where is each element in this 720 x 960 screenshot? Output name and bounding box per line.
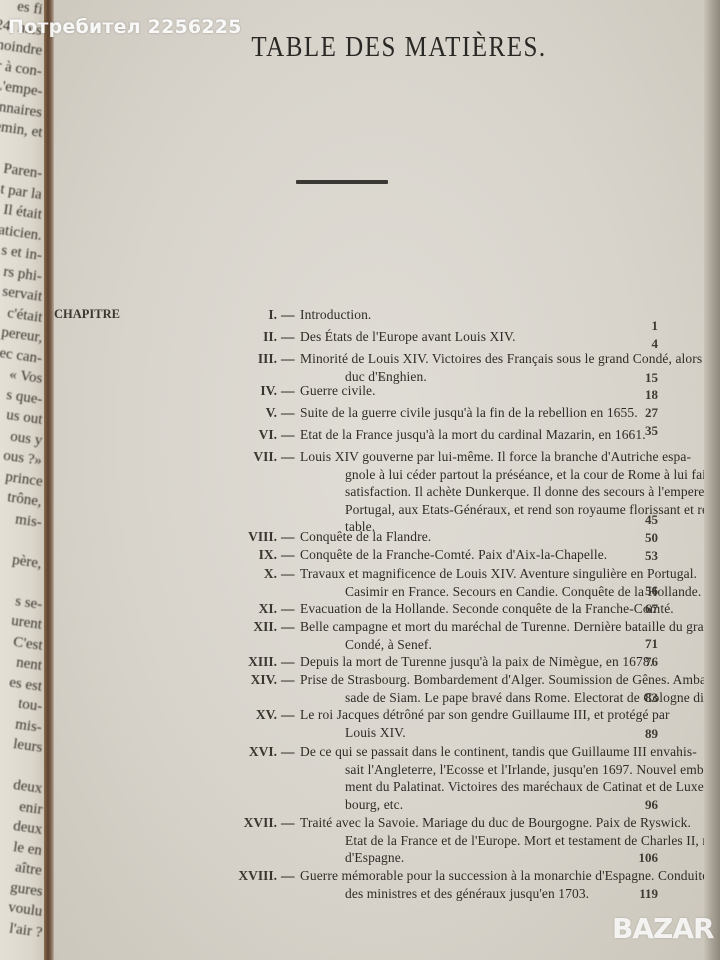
toc-entry-text: sait l'Angleterre, l'Ecosse et l'Irlande… <box>345 762 720 778</box>
toc-entry-text: Etat de la France et de l'Europe. Mort e… <box>345 833 718 849</box>
em-dash: — <box>281 351 295 367</box>
left-page-text-fragment: prince <box>4 468 43 490</box>
toc-page-number: 83 <box>618 690 658 706</box>
em-dash: — <box>281 815 295 831</box>
em-dash: — <box>281 547 295 563</box>
toc-entry-text: gnole à lui céder partout la préséance, … <box>345 467 717 483</box>
toc-page-number: 71 <box>618 636 658 652</box>
toc-page-number: 18 <box>618 387 658 403</box>
em-dash: — <box>281 529 295 545</box>
em-dash: — <box>281 619 295 635</box>
toc-entry-text: sade de Siam. Le pape bravé dans Rome. E… <box>345 690 720 706</box>
toc-entry-text: d'Espagne. <box>345 850 404 866</box>
chapter-number: XVI. <box>249 744 277 760</box>
left-page-text-fragment: s se- <box>14 593 43 614</box>
toc-entry-text: Guerre mémorable pour la succession à la… <box>300 868 708 884</box>
page-edge <box>704 0 720 960</box>
toc-page-number: 4 <box>618 336 658 352</box>
chapter-number: XVIII. <box>238 868 277 884</box>
left-page-text-fragment: mis- <box>14 511 43 532</box>
left-facing-page: es fi24, naismoindrer à con-L'empe-onnai… <box>0 0 44 960</box>
book-gutter <box>44 0 54 960</box>
left-page-text-fragment: tou- <box>17 696 43 716</box>
left-page-text-fragment: us out <box>5 407 43 429</box>
left-page-text-fragment: servait <box>1 284 43 306</box>
left-page-text-fragment: urent <box>10 613 43 634</box>
em-dash: — <box>281 449 295 465</box>
toc-entry-text: des ministres et des généraux jusqu'en 1… <box>345 886 589 902</box>
chapter-number: X. <box>264 566 277 582</box>
left-page-text-fragment: aticien. <box>0 221 43 244</box>
toc-entry-text: satisfaction. Il achète Dunkerque. Il do… <box>345 484 720 500</box>
toc-page-number: 119 <box>618 886 658 902</box>
toc-entry-text: Suite de la guerre civile jusqu'à la fin… <box>300 405 638 421</box>
left-page-text-fragment: s que- <box>5 387 43 409</box>
toc-page-number: 35 <box>618 423 658 439</box>
toc-page-number: 1 <box>618 318 658 334</box>
toc-page-number: 27 <box>618 405 658 421</box>
toc-entry-text: Le roi Jacques détrôné par son gendre Gu… <box>300 707 670 723</box>
left-page-text-fragment: es est <box>8 674 43 695</box>
chapter-number: XVII. <box>244 815 277 831</box>
left-page-text-fragment: « Vos <box>8 366 43 387</box>
left-page-text-fragment: le en <box>12 839 43 860</box>
toc-entry-text: Minorité de Louis XIV. Victoires des Fra… <box>300 351 702 367</box>
left-page-text-fragment: L'empe- <box>0 77 43 101</box>
chapter-number: IX. <box>259 547 277 563</box>
toc-page-number: 53 <box>618 548 658 564</box>
left-page-text-fragment: aître <box>14 859 43 880</box>
em-dash: — <box>281 427 295 443</box>
toc-page-number: 76 <box>618 654 658 670</box>
toc-entry-text: Des États de l'Europe avant Louis XIV. <box>300 329 516 345</box>
left-page-text-fragment: gures <box>9 879 44 900</box>
toc-entry-text: Travaux et magnificence de Louis XIV. Av… <box>300 566 697 582</box>
book-photo: es fi24, naismoindrer à con-L'empe-onnai… <box>0 0 720 960</box>
toc-entry-text: Introduction. <box>300 307 371 323</box>
em-dash: — <box>281 707 295 723</box>
toc-entry-text: ment du Palatinat. Victoires des marécha… <box>345 779 719 795</box>
left-page-text-fragment: Paren- <box>2 161 43 183</box>
chapter-number: XIV. <box>251 672 277 688</box>
em-dash: — <box>281 654 295 670</box>
left-page-text-fragment: ous ?» <box>2 448 43 470</box>
chapter-number: II. <box>263 329 277 345</box>
left-page-text-fragment: ec can- <box>0 345 43 368</box>
chapter-number: XI. <box>259 601 277 617</box>
chapter-number: XV. <box>256 707 277 723</box>
left-page-text-fragment: r à con- <box>0 57 43 80</box>
left-page-text-fragment: l'air ? <box>8 920 43 941</box>
table-of-contents: CHAPITREI.—Introduction.1II.—Des États d… <box>54 0 704 960</box>
em-dash: — <box>281 566 295 582</box>
toc-page-number: 106 <box>618 850 658 866</box>
left-page-text-fragment: onnaires <box>0 98 43 122</box>
chapter-number: I. <box>268 307 277 323</box>
chapter-number: VI. <box>259 427 277 443</box>
toc-entry-text: Depuis la mort de Turenne jusqu'à la pai… <box>300 654 653 670</box>
toc-entry-text: Portugal, aux Etats-Généraux, et rend so… <box>345 502 720 518</box>
toc-entry-text: Traité avec la Savoie. Mariage du duc de… <box>300 815 691 831</box>
toc-entry-text: De ce qui se passait dans le continent, … <box>300 744 697 760</box>
left-page-text-fragment: trône, <box>7 489 44 511</box>
left-page-text-fragment: deux <box>12 777 43 798</box>
toc-entry-text: Condé, à Senef. <box>345 637 432 653</box>
left-page-text-fragment: mis- <box>14 716 43 737</box>
toc-entry-text: bourg, etc. <box>345 797 403 813</box>
toc-entry-text: Conquête de la Franche-Comté. Paix d'Aix… <box>300 547 607 563</box>
bazar-logo-icon: BAZAR <box>612 912 714 945</box>
chapter-number: III. <box>258 351 277 367</box>
toc-page: TABLE DES MATIÈRES. CHAPITREI.—Introduct… <box>54 0 704 960</box>
chapter-prefix-label: CHAPITRE <box>54 307 120 322</box>
chapter-number: V. <box>266 405 277 421</box>
left-page-text-fragment: enir <box>18 798 43 818</box>
chapter-number: VII. <box>253 449 277 465</box>
toc-page-number: 67 <box>618 601 658 617</box>
left-page-text-fragment: t par la <box>0 181 43 204</box>
left-page-text-fragment: leurs <box>12 736 43 757</box>
left-page-text-fragment: emin, et <box>0 118 43 142</box>
left-page-text-fragment: pereur, <box>0 324 43 347</box>
left-page-text-fragment: ous y <box>9 428 43 449</box>
chapter-number: VIII. <box>248 529 277 545</box>
toc-entry-text: Belle campagne et mort du maréchal de Tu… <box>300 619 717 635</box>
chapter-number: XIII. <box>248 654 277 670</box>
left-page-text-fragment: Il était <box>2 202 43 224</box>
em-dash: — <box>281 601 295 617</box>
toc-page-number: 56 <box>618 583 658 599</box>
left-page-text-fragment: s et in- <box>0 242 43 265</box>
toc-page-number: 15 <box>618 370 658 386</box>
toc-entry-text: Guerre civile. <box>300 383 376 399</box>
left-page-text-fragment: c'était <box>6 305 43 327</box>
toc-entry-text: Prise de Strasbourg. Bombardement d'Alge… <box>300 672 716 688</box>
em-dash: — <box>281 744 295 760</box>
em-dash: — <box>281 868 295 884</box>
em-dash: — <box>281 329 295 345</box>
chapter-number: XII. <box>253 619 277 635</box>
em-dash: — <box>281 383 295 399</box>
em-dash: — <box>281 307 295 323</box>
toc-entry-text: Louis XIV. <box>345 725 406 741</box>
left-page-text-fragment: C'est <box>12 633 43 654</box>
left-page-text-fragment: père, <box>12 551 44 572</box>
toc-entry-text: Etat de la France jusqu'à la mort du car… <box>300 427 646 443</box>
left-page-text-fragment: moindre <box>0 36 43 60</box>
toc-entry-text: Conquête de la Flandre. <box>300 529 431 545</box>
toc-page-number: 45 <box>618 512 658 528</box>
toc-page-number: 50 <box>618 530 658 546</box>
em-dash: — <box>281 405 295 421</box>
left-page-text-fragment: nent <box>15 654 43 674</box>
toc-page-number: 96 <box>618 797 658 813</box>
left-page-text-fragment: voulu <box>7 899 43 921</box>
em-dash: — <box>281 672 295 688</box>
left-page-text-fragment: deux <box>12 818 43 839</box>
left-page-text-fragment: rs phi- <box>2 263 43 285</box>
toc-page-number: 89 <box>618 726 658 742</box>
toc-entry-text: Louis XIV gouverne par lui-même. Il forc… <box>300 449 691 465</box>
user-watermark: Потребител 2256225 <box>8 16 242 38</box>
chapter-number: IV. <box>260 383 277 399</box>
